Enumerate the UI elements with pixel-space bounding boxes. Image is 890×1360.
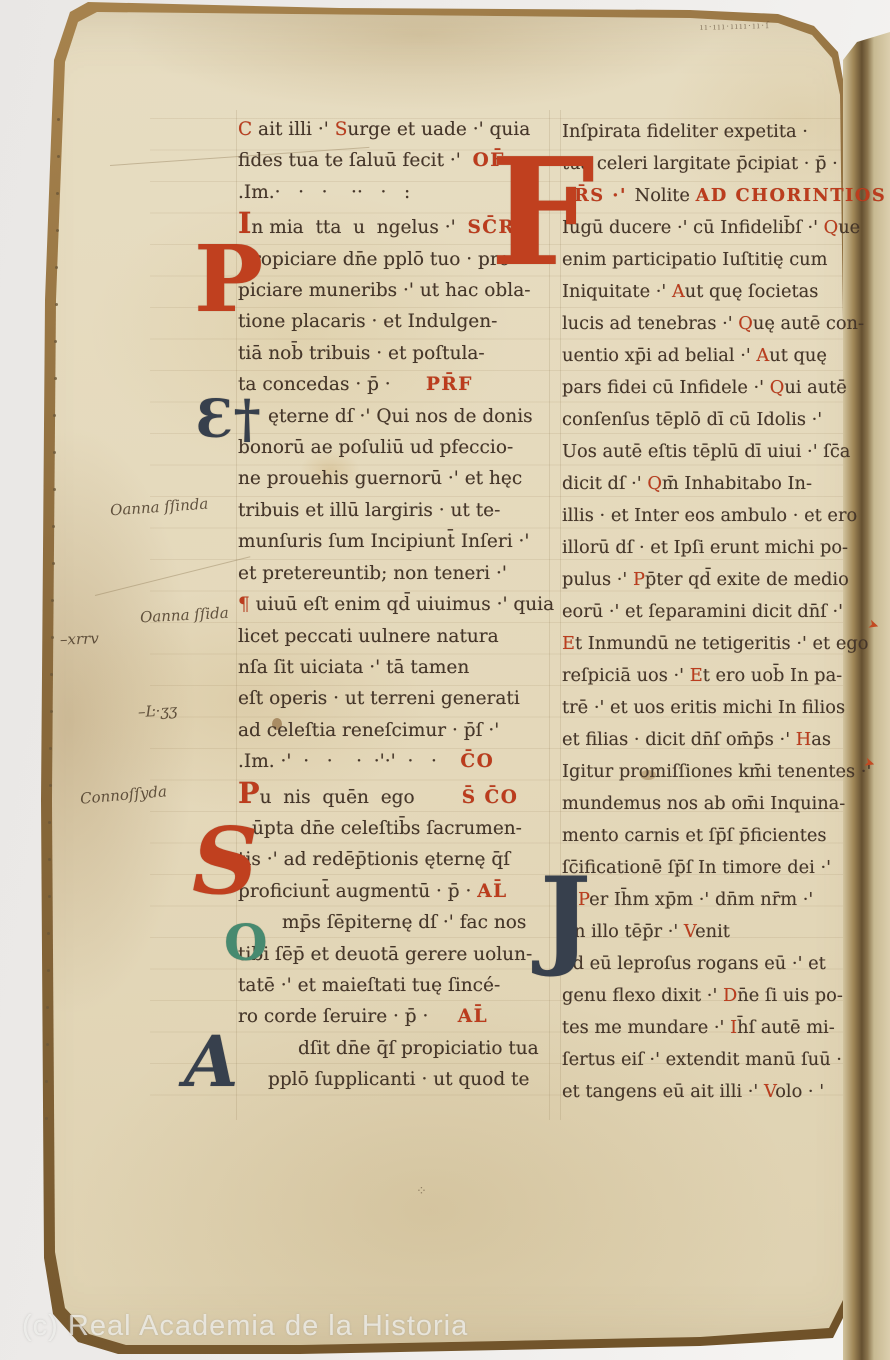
- ink-text: ne prouehis guernorū ·' et hęc: [238, 468, 522, 489]
- left-column-line-8: tiā nob̄ tribuis · et poſtula-: [238, 338, 553, 369]
- ink-text: olo · ': [775, 1081, 824, 1102]
- right-column-line-28: genu flexo dixit ·' Dn̄e ſi uis po-: [562, 980, 857, 1012]
- right-column-line-11: Uos autē eſtis tēplū dī uiui ·' ſc̄a: [562, 436, 857, 468]
- right-column-line-22: mundemus nos ab om̄i Inquina-: [562, 788, 857, 820]
- left-column-line-24: tis ·' ad redēp̄tionis ęternę q̄ſ: [238, 844, 553, 875]
- pricking-dot: [50, 710, 53, 713]
- ink-text: lucis ad tenebras ·': [562, 313, 738, 334]
- right-column-line-13: illis · et Inter eos ambulo · et ero: [562, 500, 857, 532]
- ink-text: proficiunt̄ augmentū · p̄ ·: [238, 881, 477, 902]
- left-column-line-7: tione placaris · et Indulgen-: [238, 306, 553, 337]
- ink-text: Inſpirata fideliter expetita ·: [562, 121, 808, 142]
- ink-text: eorū ·' et ſeparamini dicit dn̄ſ ·': [562, 601, 843, 622]
- right-column-line-24: ſc̄ificationē ſp̄ſ In timore dei ·': [562, 852, 857, 884]
- initial-VD-preface: Ɛ†: [196, 398, 261, 442]
- ink-text: ui autē: [784, 377, 847, 398]
- left-column-line-21: .Im. ·' · · · ·'·' · · C̄O: [238, 746, 553, 777]
- pricking-dot: [45, 1117, 48, 1120]
- marginal-note: –xrrv: [60, 629, 99, 648]
- right-column-line-12: dicit dſ ·' Qm̄ Inhabitabo In-: [562, 468, 857, 500]
- ink-text: ſertus eiſ ·' extendit manū ſuū ·: [562, 1049, 842, 1070]
- right-column-line-1: Inſpirata fideliter expetita ·: [562, 116, 857, 148]
- initial-P-propiciare: P: [194, 240, 263, 318]
- ink-text: tis ·' ad redēp̄tionis ęternę q̄ſ: [238, 849, 510, 870]
- ink-text: nſa ſit uiciata ·' tā tamen: [238, 657, 469, 678]
- ink-text: munſuris ſum Incipiunt̄ Inſeri ·': [238, 531, 529, 552]
- rubric-text: S: [335, 119, 348, 140]
- ink-text: t Inmundū ne tetigeritis ·' et ego: [575, 633, 868, 654]
- pricking-dot: [57, 118, 60, 121]
- left-column-line-12: ne prouehis guernorū ·' et hęc: [238, 463, 553, 494]
- rubric-text: ¶: [238, 594, 256, 615]
- left-column-line-27: tibi ſēp̄ et deuotā gerere uolun-: [238, 939, 553, 970]
- rubric-text: Q: [738, 313, 753, 334]
- rubric-text: C: [238, 119, 252, 140]
- ink-text: ut quę: [769, 345, 827, 366]
- rubric-text: P: [633, 569, 645, 590]
- ink-text: ſc̄ificationē ſp̄ſ In timore dei ·': [562, 857, 831, 878]
- ink-text: m̄ Inhabitabo In-: [662, 473, 812, 494]
- initial-I-in-illo: J: [540, 872, 591, 964]
- ink-text: piciare muneribs ·' ut hac obla-: [238, 280, 530, 301]
- left-column-line-23: ūpta dn̄e celeſtib̄s ſacrumen-: [238, 813, 553, 844]
- ink-text: uiuū eſt enim qd̄ uiuimus ·' quia: [256, 594, 554, 615]
- right-column-line-14: illorū dſ · et Ipſi erunt michi po-: [562, 532, 857, 564]
- right-column-line-7: lucis ad tenebras ·' Quę autē con-: [562, 308, 857, 340]
- pricking-dot: [53, 451, 56, 454]
- ink-text: mento carnis et ſp̄ſ p̄ficientes: [562, 825, 827, 846]
- right-column-line-31: et tangens eū ait illi ·' Volo · ': [562, 1076, 857, 1108]
- ink-text: eſt operis · ut terreni generati: [238, 688, 520, 709]
- ink-text: ue: [838, 217, 860, 238]
- ink-text: as: [811, 729, 831, 750]
- ink-text: ad eū leproſus rogans eū ·' et: [562, 953, 826, 974]
- copyright-watermark: (c) Real Academia de la Historia: [22, 1310, 468, 1343]
- pricking-dot: [56, 229, 59, 232]
- ink-text: tatē ·' et maieſtati tuę ſincé-: [238, 975, 500, 996]
- right-column-line-5: enim participatio Iuſtitię cum: [562, 244, 857, 276]
- right-column-line-27: ad eū leproſus rogans eū ·' et: [562, 948, 857, 980]
- rubric-text: A: [756, 345, 769, 366]
- ink-text: tua celeri largitate p̄cipiat · p̄ ·: [562, 153, 838, 174]
- left-column-line-15: et pretereuntib; non teneri ·': [238, 558, 553, 589]
- ink-text: et tangens eū ait illi ·': [562, 1081, 764, 1102]
- rubric-text: H: [796, 729, 812, 750]
- ink-text: ait illi ·': [252, 119, 335, 140]
- ink-text: reſpiciā uos ·': [562, 665, 690, 686]
- right-text-column: Inſpirata fideliter expetita ·tua celeri…: [562, 116, 857, 1108]
- pricking-dot: [48, 858, 51, 861]
- left-column-line-20: ad celeſtia reneſcimur · p̄ſ ·': [238, 715, 553, 746]
- right-column-line-23: mento carnis et ſp̄ſ p̄ficientes: [562, 820, 857, 852]
- pricking-dot: [48, 895, 51, 898]
- rubric-text: D: [723, 985, 737, 1006]
- ink-text: bonorū ae poſuliū ud pfeccio-: [238, 437, 513, 458]
- right-column-line-9: pars fidei cū Infidele ·' Qui autē: [562, 372, 857, 404]
- ink-text: conſenſus tēplō dī cū Idolis ·': [562, 409, 822, 430]
- ink-text: pars fidei cū Infidele ·': [562, 377, 770, 398]
- rubric-text: Q: [770, 377, 785, 398]
- left-column-line-28: tatē ·' et maieſtati tuę ſincé-: [238, 970, 553, 1001]
- rubric-text: Q: [824, 217, 839, 238]
- ink-text: dicit dſ ·': [562, 473, 647, 494]
- ink-text: ro corde ſeruire · p̄ ·: [238, 1006, 458, 1027]
- left-column-line-16: ¶ uiuū eſt enim qd̄ uiuimus ·' quia: [238, 589, 553, 620]
- right-column-line-26: n illo tēp̄r ·' Venit: [562, 916, 857, 948]
- pricking-dot: [54, 377, 57, 380]
- left-column-line-29: ro corde ſeruire · p̄ · AL̄: [238, 1001, 553, 1032]
- ink-text: pulus ·': [562, 569, 633, 590]
- marginal-note: –Ŀ·ʒʒ: [138, 701, 178, 721]
- right-column-line-21: Igitur promiſſiones km̄i tenentes ·': [562, 756, 857, 788]
- rubric-text: AL̄: [458, 1006, 488, 1027]
- ink-text: h̄ſ autē mi-: [737, 1017, 835, 1038]
- ink-text: .Im.· · · ·· · :: [238, 182, 410, 203]
- right-column-line-20: et filias · dicit dn̄ſ om̄p̄s ·' Has: [562, 724, 857, 756]
- ink-text: ropiciare dn̄e pplō tuo · pro-: [252, 249, 516, 270]
- ink-text: uę autē con-: [753, 313, 864, 334]
- ink-text: u nis quēn ego: [260, 787, 462, 808]
- faint-edge-inscription: ıı·ııı·ıııı·ıı·ſ: [700, 21, 771, 33]
- ink-text: Iugū ducere ·' cū Infidelib̄ſ ·': [562, 217, 824, 238]
- ink-text: illis · et Inter eos ambulo · et ero: [562, 505, 857, 526]
- right-column-line-6: Iniquitate ·' Aut quę ſocietas: [562, 276, 857, 308]
- ink-text: pplō ſupplicanti · ut quod te: [268, 1069, 529, 1090]
- rubric-text: AL̄: [477, 881, 507, 902]
- pricking-dot: [47, 969, 50, 972]
- ink-text: mundemus nos ab om̄i Inquina-: [562, 793, 845, 814]
- ink-text: enim participatio Iuſtitię cum: [562, 249, 827, 270]
- ink-text: Igitur promiſſiones km̄i tenentes ·': [562, 761, 871, 782]
- right-column-line-2: tua celeri largitate p̄cipiat · p̄ ·: [562, 148, 857, 180]
- rubric-text: PR̄F: [426, 374, 473, 395]
- rubric-text: AD CHORINTIOS: [696, 185, 887, 206]
- pricking-dot: [55, 303, 58, 306]
- ink-text: tione placaris · et Indulgen-: [238, 311, 497, 332]
- right-column-line-25: Per Ih̄m xp̄m ·' dn̄m nr̄m ·': [562, 884, 857, 916]
- left-column-line-22: Pu nis quēn ego S̄ C̄O: [238, 778, 553, 813]
- ink-text: trē ·' et uos eritis michi In filios: [562, 697, 845, 718]
- left-column-line-13: tribuis et illū largiris · ut te-: [238, 495, 553, 526]
- ink-text: genu flexo dixit ·': [562, 985, 723, 1006]
- initial-S-sumpta: S: [192, 822, 258, 900]
- ink-text: dſit dn̄e q̄ſ propiciatio tua: [298, 1038, 539, 1059]
- ink-text: ūpta dn̄e celeſtib̄s ſacrumen-: [252, 818, 522, 839]
- rubric-text: Q: [647, 473, 662, 494]
- right-column-line-29: tes me mundare ·' Ih̄ſ autē mi-: [562, 1012, 857, 1044]
- right-column-line-4: Iugū ducere ·' cū Infidelib̄ſ ·' Que: [562, 212, 857, 244]
- ink-text: n mia tta u ngelus ·': [251, 217, 467, 238]
- ink-text: t ero uob̄ In pa-: [703, 665, 843, 686]
- rubric-text: V: [684, 921, 695, 942]
- small-ink-mark: ⁘: [416, 1184, 427, 1199]
- pricking-dot: [46, 1043, 49, 1046]
- rubric-text: P: [238, 776, 260, 810]
- left-column-line-19: eſt operis · ut terreni generati: [238, 683, 553, 714]
- ink-text: mp̄s ſēpiternę dſ ·' fac nos: [282, 912, 526, 933]
- rubric-text: E: [690, 665, 703, 686]
- ink-text: tes me mundare ·': [562, 1017, 730, 1038]
- right-column-line-10: conſenſus tēplō dī cū Idolis ·': [562, 404, 857, 436]
- ink-text: tiā nob̄ tribuis · et poſtula-: [238, 343, 485, 364]
- rubric-text: S̄ C̄O: [462, 787, 519, 808]
- left-column-line-25: proficiunt̄ augmentū · p̄ · AL̄: [238, 876, 553, 907]
- ink-text: .Im. ·' · · · ·'·' · ·: [238, 751, 460, 772]
- manuscript-photo: { "photo": { "watermark": "(c) Real Acad…: [0, 0, 890, 1360]
- right-column-line-3: R̄S ·' Nolite AD CHORINTIOS: [562, 180, 857, 212]
- right-column-line-17: Et Inmundū ne tetigeritis ·' et ego: [562, 628, 857, 660]
- rubric-text: E: [562, 633, 575, 654]
- ink-text: et filias · dicit dn̄ſ om̄p̄s ·': [562, 729, 796, 750]
- right-column-line-18: reſpiciā uos ·' Et ero uob̄ In pa-: [562, 660, 857, 692]
- ink-text: p̄ter qd̄ exite de medio: [645, 569, 849, 590]
- initial-A-adsit: A: [184, 1032, 238, 1092]
- pricking-dot: [57, 155, 60, 158]
- ink-text: ut quę ſocietas: [685, 281, 819, 302]
- pricking-dot: [49, 784, 52, 787]
- initial-F-fratres: F: [490, 150, 595, 276]
- ink-text: tibi ſēp̄ et deuotā gerere uolun-: [238, 944, 532, 965]
- rubric-text: C̄O: [460, 751, 494, 772]
- left-column-line-18: nſa ſit uiciata ·' tā tamen: [238, 652, 553, 683]
- rubric-text: A: [672, 281, 685, 302]
- right-column-line-16: eorū ·' et ſeparamini dicit dn̄ſ ·': [562, 596, 857, 628]
- rubric-text: V: [764, 1081, 775, 1102]
- ink-text: enit: [695, 921, 730, 942]
- left-column-line-26: mp̄s ſēpiternę dſ ·' fac nos: [238, 907, 553, 938]
- ink-text: n̄e ſi uis po-: [737, 985, 843, 1006]
- left-column-line-30: dſit dn̄e q̄ſ propiciatio tua: [238, 1033, 553, 1064]
- right-column-line-19: trē ·' et uos eritis michi In filios: [562, 692, 857, 724]
- right-column-line-30: ſertus eiſ ·' extendit manū ſuū ·: [562, 1044, 857, 1076]
- ink-text: illorū dſ · et Ipſi erunt michi po-: [562, 537, 848, 558]
- pricking-dot: [51, 636, 54, 639]
- ink-text: ta concedas · p̄ ·: [238, 374, 426, 395]
- ink-text: et pretereuntib; non teneri ·': [238, 563, 507, 584]
- ink-text: Nolite: [635, 185, 696, 206]
- ink-text: er Ih̄m xp̄m ·' dn̄m nr̄m ·': [589, 889, 813, 910]
- pricking-dot: [53, 488, 56, 491]
- ink-text: Uos autē eſtis tēplū dī uiui ·' ſc̄a: [562, 441, 850, 462]
- left-column-line-11: bonorū ae poſuliū ud pfeccio-: [238, 432, 553, 463]
- pricking-dot: [52, 562, 55, 565]
- ink-text: licet peccati uulnere natura: [238, 626, 499, 647]
- initial-O-omnipotens: O: [224, 922, 268, 965]
- ink-text: ęterne dſ ·' Qui nos de donis: [268, 406, 533, 427]
- ink-text: tribuis et illū largiris · ut te-: [238, 500, 500, 521]
- ink-text: fides tua te ſaluū fecit ·': [238, 150, 473, 171]
- right-column-line-15: pulus ·' Pp̄ter qd̄ exite de medio: [562, 564, 857, 596]
- left-column-line-31: pplō ſupplicanti · ut quod te: [238, 1064, 553, 1095]
- ink-text: ad celeſtia reneſcimur · p̄ſ ·': [238, 720, 499, 741]
- left-column-line-10: ęterne dſ ·' Qui nos de donis: [238, 401, 553, 432]
- left-column-line-9: ta concedas · p̄ · PR̄F: [238, 369, 553, 400]
- left-column-line-14: munſuris ſum Incipiunt̄ Inſeri ·': [238, 526, 553, 557]
- right-column-line-8: uentio xp̄i ad belial ·' Aut quę: [562, 340, 857, 372]
- left-column-line-17: licet peccati uulnere natura: [238, 621, 553, 652]
- ink-text: uentio xp̄i ad belial ·': [562, 345, 756, 366]
